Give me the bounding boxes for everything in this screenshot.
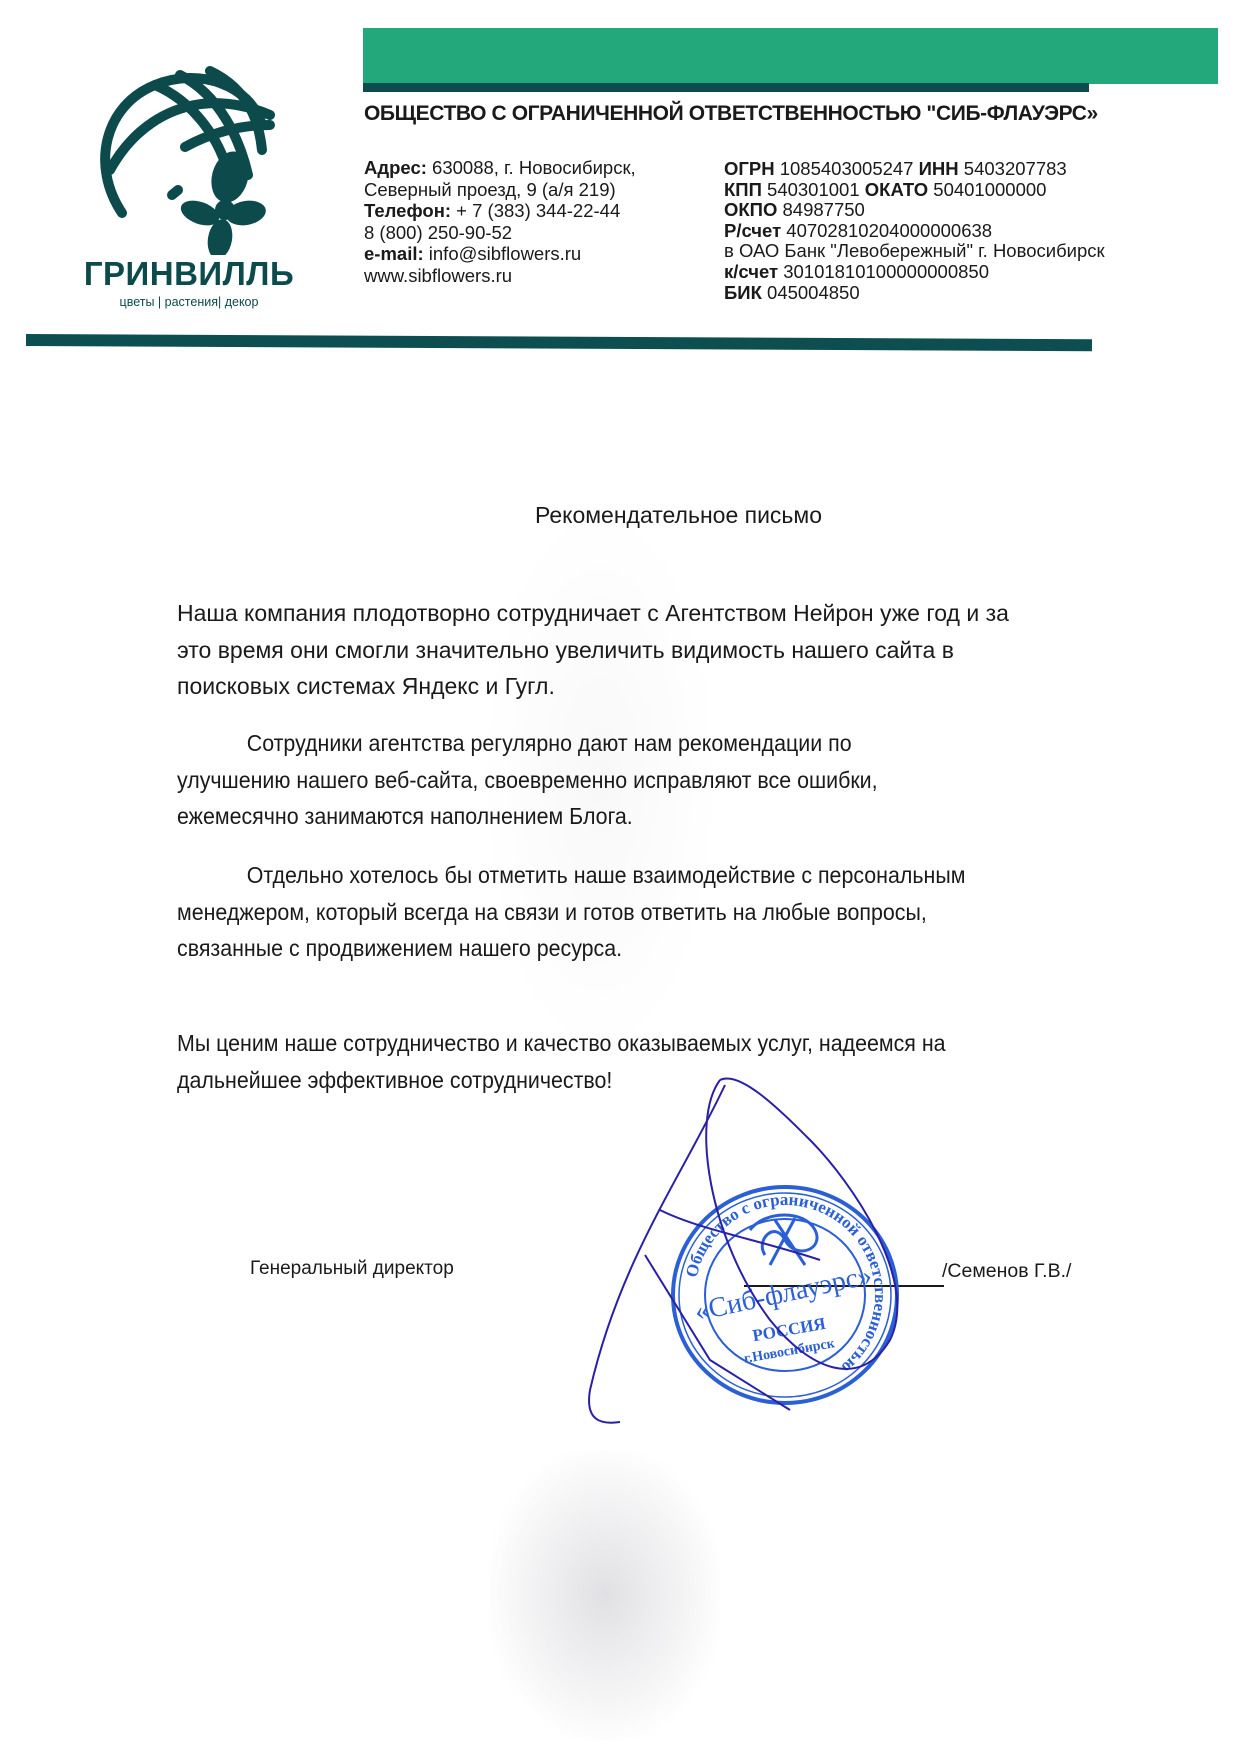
paragraph-line: улучшению нашего веб-сайта, своевременно… — [177, 762, 1088, 799]
paragraph-line: дальнейшее эффективное сотрудничество! — [177, 1062, 1088, 1099]
header-divider-bar — [26, 334, 1092, 351]
ks-value: 30101810100000000850 — [778, 261, 989, 282]
brand-name: ГРИНВИЛЛЬ — [78, 255, 300, 293]
paragraph-line: связанные с продвижением нашего ресурса. — [177, 930, 1088, 967]
phone-value: + 7 (383) 344-22-44 — [451, 200, 620, 221]
address-label: Адрес: — [364, 157, 427, 178]
okpo-value: 84987750 — [777, 199, 864, 220]
okato-value: 50401000000 — [928, 179, 1046, 200]
ogrn-label: ОГРН — [724, 158, 775, 179]
address-line-2: Северный проезд, 9 (а/я 219) — [364, 179, 636, 201]
signer-position: Генеральный директор — [250, 1258, 454, 1280]
brand-tagline: цветы | растения| декор — [78, 295, 300, 309]
brand-logo: ГРИНВИЛЛЬ цветы | растения| декор — [70, 55, 300, 315]
phone-label: Телефон: — [364, 200, 451, 221]
company-requisites: ОГРН 1085403005247 ИНН 5403207783 КПП 54… — [724, 159, 1105, 303]
paragraph-line: это время они смогли значительно увеличи… — [177, 632, 1157, 669]
paragraph-line: Отдельно хотелось бы отметить наше взаим… — [177, 857, 1088, 894]
address-line-1: Адрес: 630088, г. Новосибирск, — [364, 157, 636, 179]
stamp-center-text: «Сиб-флауэрс» — [692, 1260, 875, 1328]
phone-line-2: 8 (800) 250-90-52 — [364, 222, 636, 244]
paragraph-3: Отдельно хотелось бы отметить наше взаим… — [177, 857, 1157, 967]
stamp-seal-icon: Общество с ограниченной ответственностью… — [655, 1170, 915, 1420]
paragraph-line: Мы ценим наше сотрудничество и качество … — [177, 1025, 1088, 1062]
email-label: e-mail: — [364, 243, 424, 264]
paragraph-line: Наша компания плодотворно сотрудничает с… — [177, 595, 1157, 632]
inn-label: ИНН — [919, 158, 959, 179]
bik-label: БИК — [724, 282, 762, 303]
ks-label: к/счет — [724, 261, 778, 282]
email-link[interactable]: info@sibflowers.ru — [424, 243, 582, 264]
paragraph-2: Сотрудники агентства регулярно дают нам … — [177, 725, 1157, 835]
paragraph-closing: Мы ценим наше сотрудничество и качество … — [177, 1025, 1157, 1098]
okpo-label: ОКПО — [724, 199, 777, 220]
bik-value: 045004850 — [762, 282, 860, 303]
phone-line-1: Телефон: + 7 (383) 344-22-44 — [364, 200, 636, 222]
company-contacts: Адрес: 630088, г. Новосибирск, Северный … — [364, 157, 636, 286]
address-value: 630088, г. Новосибирск, — [427, 157, 636, 178]
company-stamp: Общество с ограниченной ответственностью… — [655, 1170, 915, 1420]
signer-name: /Семенов Г.В./ — [942, 1260, 1071, 1283]
paragraph-line: поисковых системах Яндекс и Гугл. — [177, 668, 1157, 705]
bik-line: БИК 045004850 — [724, 283, 1105, 304]
header-accent-bar — [363, 28, 1218, 84]
email-line: e-mail: info@sibflowers.ru — [364, 243, 636, 265]
paragraph-1: Наша компания плодотворно сотрудничает с… — [177, 595, 1157, 705]
website-link[interactable]: www.sibflowers.ru — [364, 265, 636, 287]
paragraph-line: ежемесячно занимаются наполнением Блога. — [177, 798, 1088, 835]
globe-flower-logo-icon — [80, 55, 290, 255]
company-title: ОБЩЕСТВО С ОГРАНИЧЕННОЙ ОТВЕТСТВЕННОСТЬЮ… — [364, 102, 1098, 126]
paragraph-line: менеджером, который всегда на связи и го… — [177, 894, 1088, 931]
bank-line: в ОАО Банк "Левобережный" г. Новосибирск — [724, 241, 1105, 262]
rs-label: Р/счет — [724, 220, 781, 241]
paragraph-line: Сотрудники агентства регулярно дают нам … — [177, 725, 1088, 762]
okpo-line: ОКПО 84987750 — [724, 200, 1105, 221]
ogrn-value: 1085403005247 — [775, 158, 919, 179]
rs-line: Р/счет 40702810204000000638 — [724, 221, 1105, 242]
inn-value: 5403207783 — [959, 158, 1067, 179]
letter-title: Рекомендательное письмо — [535, 502, 822, 529]
okato-label: ОКАТО — [865, 179, 928, 200]
kpp-okato-line: КПП 540301001 ОКАТО 50401000000 — [724, 180, 1105, 201]
kpp-label: КПП — [724, 179, 762, 200]
header-dark-strip — [363, 83, 1089, 92]
ks-line: к/счет 30101810100000000850 — [724, 262, 1105, 283]
scan-smudge — [490, 1450, 720, 1740]
rs-value: 40702810204000000638 — [781, 220, 992, 241]
kpp-value: 540301001 — [762, 179, 865, 200]
ogrn-inn-line: ОГРН 1085403005247 ИНН 5403207783 — [724, 159, 1105, 180]
